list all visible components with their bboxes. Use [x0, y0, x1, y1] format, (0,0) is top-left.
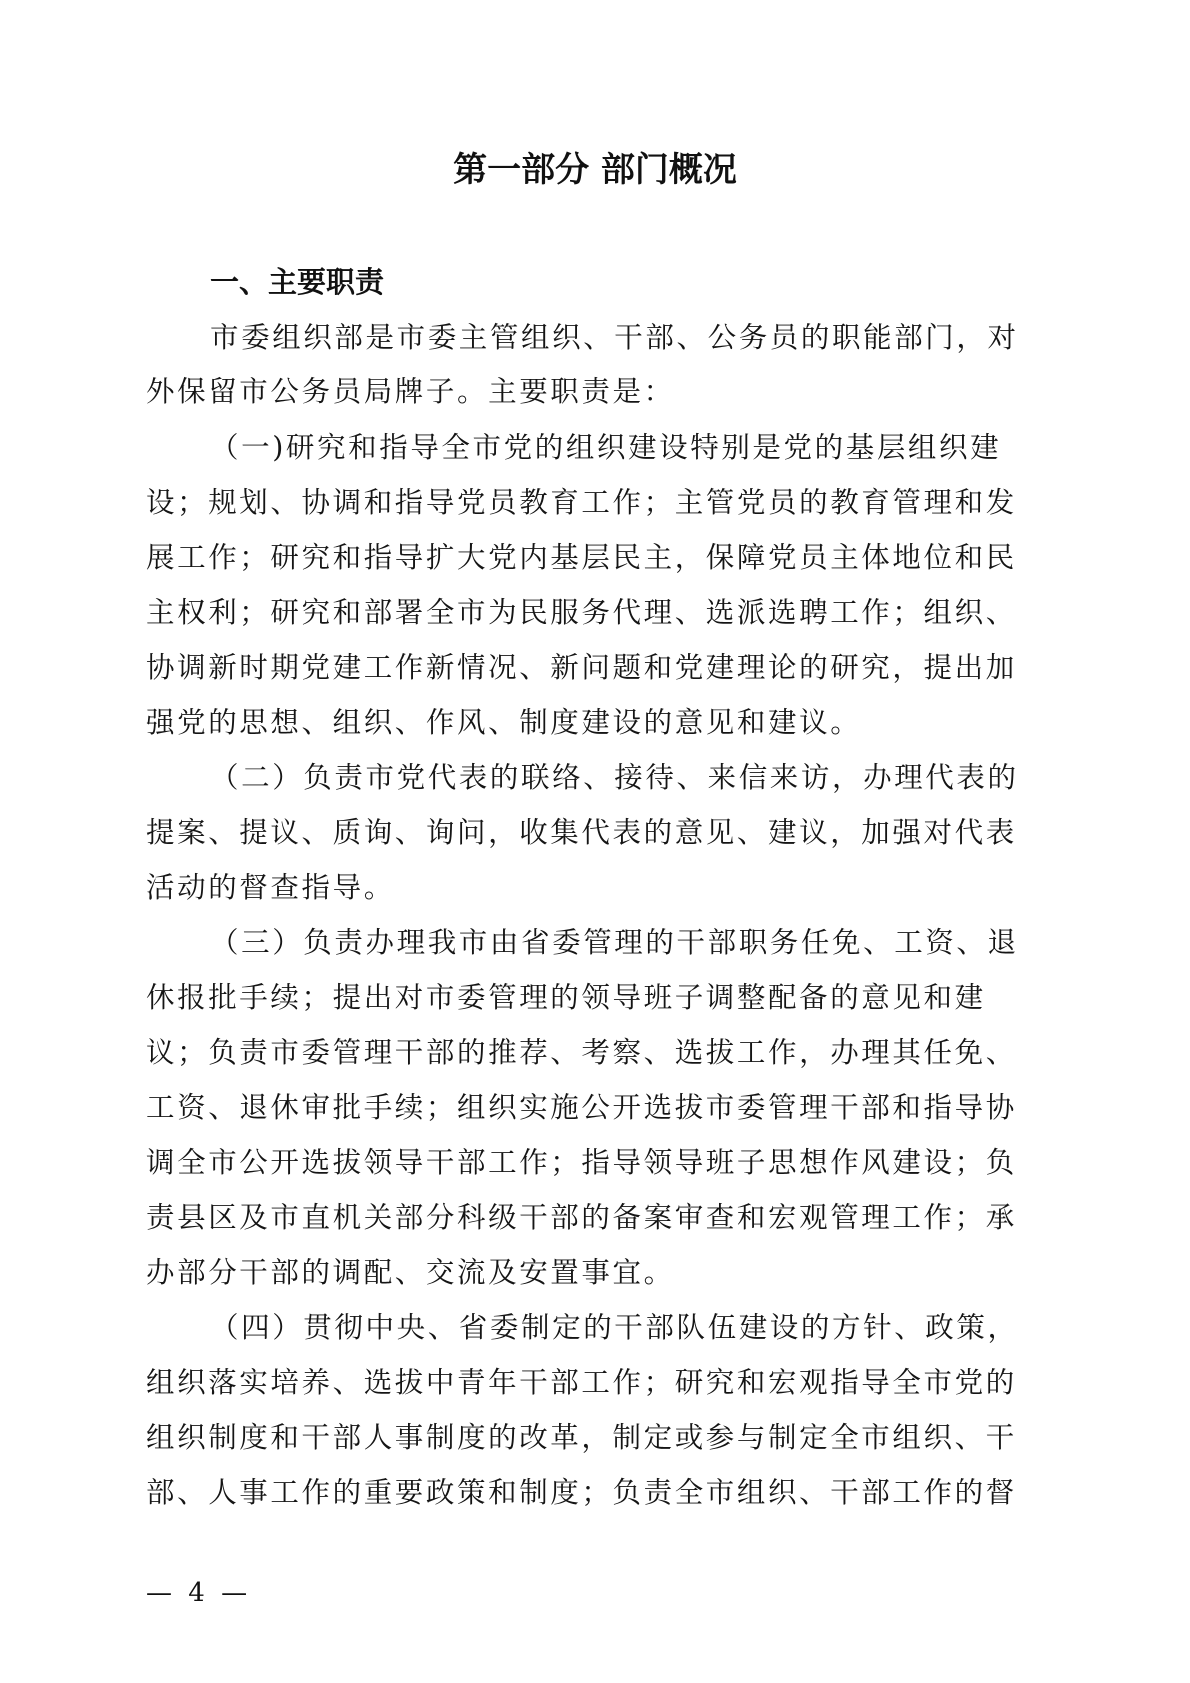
text-line: 提案、提议、质询、询问，收集代表的意见、建议，加强对代表 [146, 813, 1026, 853]
text-line: 组织落实培养、选拔中青年干部工作；研究和宏观指导全市党的 [146, 1363, 1026, 1403]
text-line: 主权利；研究和部署全市为民服务代理、选派选聘工作；组织、 [146, 593, 1026, 633]
text-line: 办部分干部的调配、交流及安置事宜。 [146, 1253, 1026, 1293]
text-line: （二）负责市党代表的联络、接待、来信来访，办理代表的 [210, 758, 1090, 798]
text-line: 市委组织部是市委主管组织、干部、公务员的职能部门，对 [210, 318, 1090, 358]
text-line: 协调新时期党建工作新情况、新问题和党建理论的研究，提出加 [146, 648, 1026, 688]
text-line: 部、人事工作的重要政策和制度；负责全市组织、干部工作的督 [146, 1473, 1026, 1513]
text-line: 休报批手续；提出对市委管理的领导班子调整配备的意见和建 [146, 978, 1026, 1018]
page-number: — 4 — [146, 1575, 251, 1611]
text-line: 组织制度和干部人事制度的改革，制定或参与制定全市组织、干 [146, 1418, 1026, 1458]
text-line: 责县区及市直机关部分科级干部的备案审查和宏观管理工作；承 [146, 1198, 1026, 1238]
text-line: （三）负责办理我市由省委管理的干部职务任免、工资、退 [210, 923, 1090, 963]
text-line: （一)研究和指导全市党的组织建设特别是党的基层组织建 [210, 428, 1090, 468]
section-heading: 一、主要职责 [210, 262, 384, 302]
text-line: 展工作；研究和指导扩大党内基层民主，保障党员主体地位和民 [146, 538, 1026, 578]
text-line: 设；规划、协调和指导党员教育工作；主管党员的教育管理和发 [146, 483, 1026, 523]
text-line: 议；负责市委管理干部的推荐、考察、选拔工作，办理其任免、 [146, 1033, 1026, 1073]
text-line: 强党的思想、组织、作风、制度建设的意见和建议。 [146, 703, 1026, 743]
text-line: （四）贯彻中央、省委制定的干部队伍建设的方针、政策， [210, 1308, 1090, 1348]
text-line: 外保留市公务员局牌子。主要职责是： [146, 372, 1026, 412]
document-page: 第一部分 部门概况 一、主要职责 市委组织部是市委主管组织、干部、公务员的职能部… [0, 0, 1190, 1683]
text-line: 调全市公开选拔领导干部工作；指导领导班子思想作风建设；负 [146, 1143, 1026, 1183]
text-line: 工资、退休审批手续；组织实施公开选拔市委管理干部和指导协 [146, 1088, 1026, 1128]
page-title: 第一部分 部门概况 [0, 148, 1190, 192]
text-line: 活动的督查指导。 [146, 868, 1026, 908]
